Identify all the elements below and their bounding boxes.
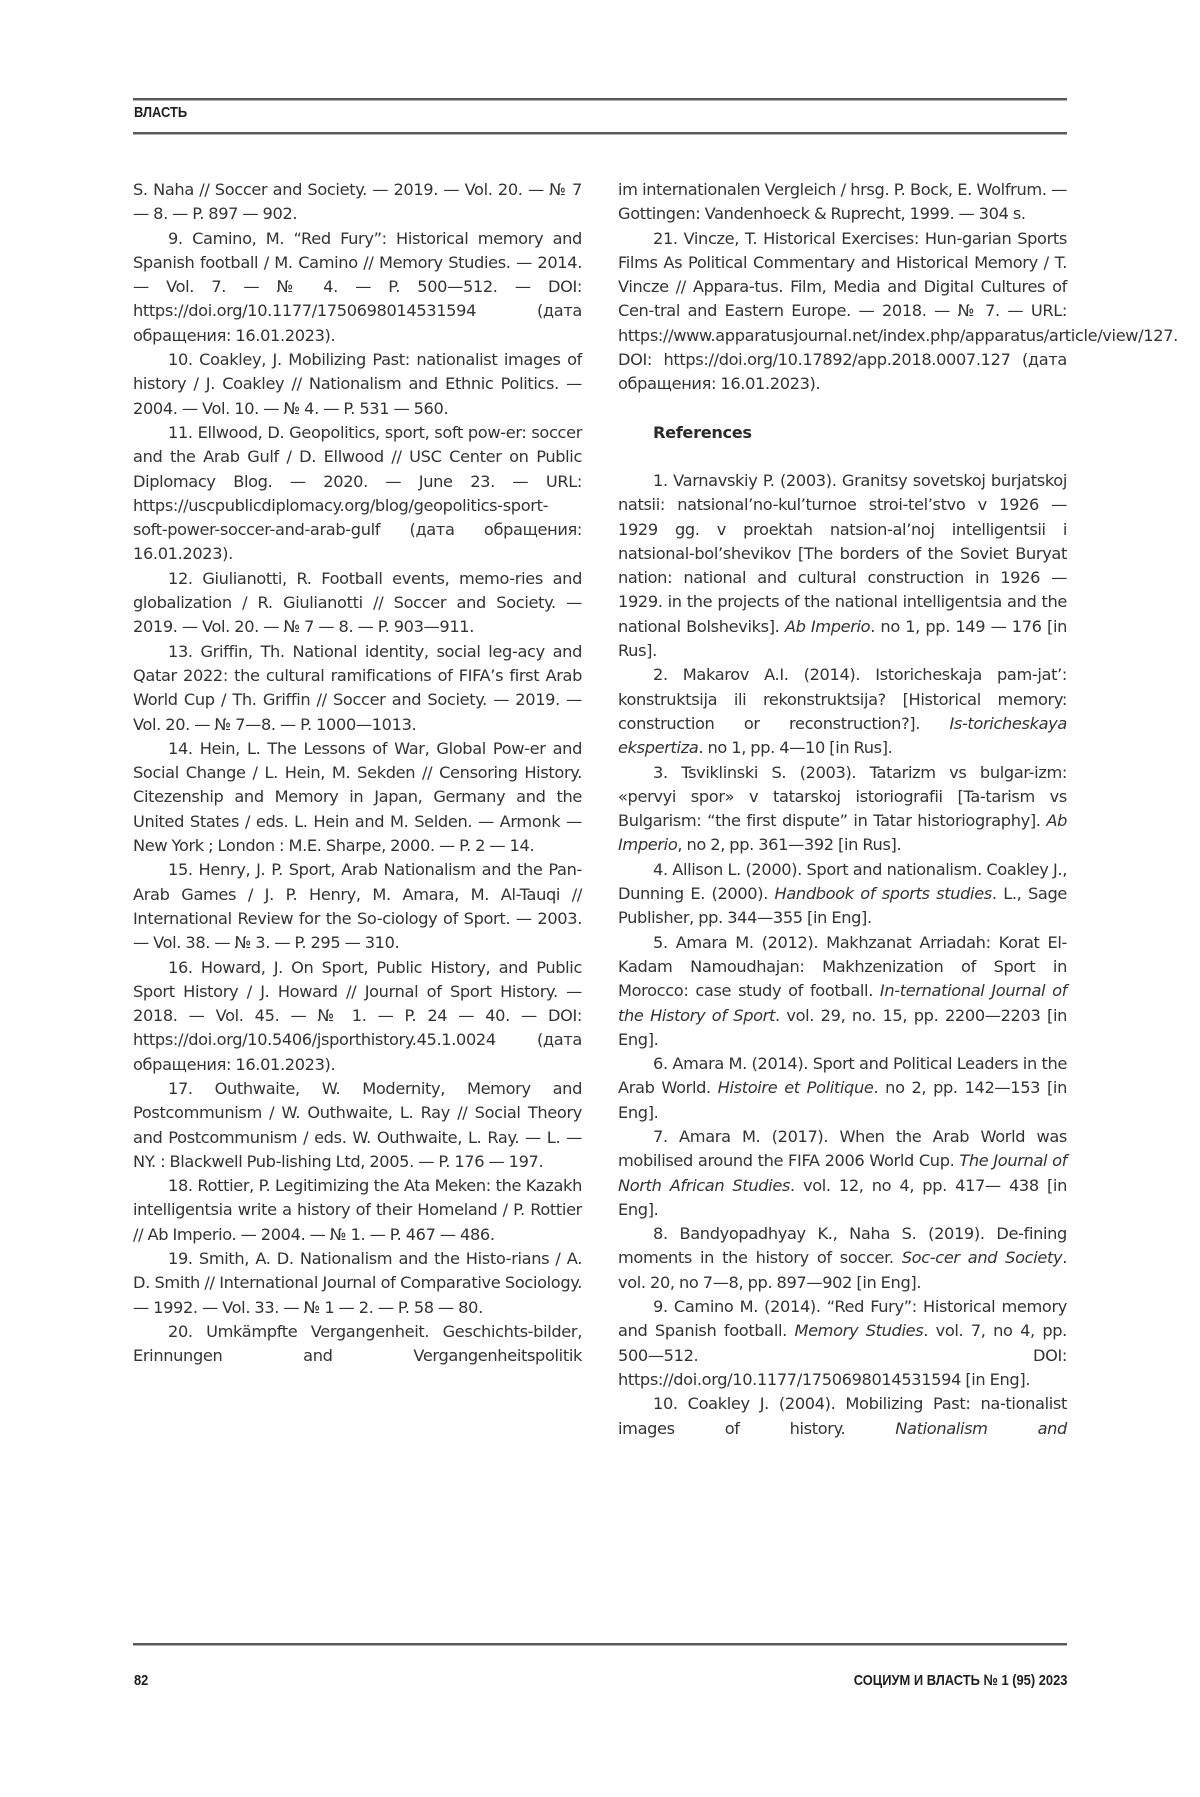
journal-issue: СОЦИУМ И ВЛАСТЬ № 1 (95) 2023 (853, 1672, 1067, 1689)
reference-item: 21. Vincze, T. Historical Exercises: Hun… (618, 227, 1067, 397)
page-number: 82 (134, 1672, 148, 1689)
reference-item: 4. Allison L. (2000). Sport and national… (618, 858, 1067, 931)
reference-item: 10. Coakley J. (2004). Mobilizing Past: … (618, 1392, 1067, 1441)
journal-page: ВЛАСТЬ S. Naha // Soccer and Society. — … (0, 0, 1200, 1797)
reference-item: 17. Outhwaite, W. Modernity, Memory and … (133, 1077, 582, 1174)
running-head: ВЛАСТЬ (134, 104, 187, 121)
reference-item: 2. Makarov A.I. (2014). Istoricheskaja p… (618, 663, 1067, 760)
header-bottom-rule (133, 132, 1067, 135)
reference-item: 19. Smith, A. D. Nationalism and the His… (133, 1247, 582, 1320)
journal-title: Nationalism and (895, 1419, 1067, 1438)
journal-title: Histoire et Politique (718, 1078, 874, 1097)
reference-item: 10. Coakley, J. Mobilizing Past: nationa… (133, 348, 582, 421)
reference-item: 9. Camino M. (2014). “Red Fury”: Histori… (618, 1295, 1067, 1392)
reference-item: 20. Umkämpfte Vergangenheit. Geschichts-… (133, 1320, 582, 1369)
references-heading: References (618, 421, 1067, 445)
reference-item: 14. Hein, L. The Lessons of War, Global … (133, 737, 582, 858)
reference-item: 16. Howard, J. On Sport, Public History,… (133, 956, 582, 1077)
journal-title: Handbook of sports studies (775, 884, 992, 903)
reference-item: 5. Amara M. (2012). Makhzanat Arriadah: … (618, 931, 1067, 1052)
header-top-rule (133, 98, 1067, 101)
reference-item: 7. Amara M. (2017). When the Arab World … (618, 1125, 1067, 1222)
reference-item: 3. Tsviklinski S. (2003). Tatarizm vs bu… (618, 761, 1067, 858)
reference-item: 9. Camino, M. “Red Fury”: Historical mem… (133, 227, 582, 348)
journal-title: Soc-cer and Society (902, 1248, 1062, 1267)
journal-title: Memory Studies (794, 1321, 923, 1340)
reference-item: 1. Varnavskiy P. (2003). Granitsy sovets… (618, 469, 1067, 663)
reference-item: 12. Giulianotti, R. Football events, mem… (133, 567, 582, 640)
footer-rule (133, 1643, 1067, 1646)
reference-item: 11. Ellwood, D. Geopolitics, sport, soft… (133, 421, 582, 567)
reference-continuation: S. Naha // Soccer and Society. — 2019. —… (133, 178, 582, 227)
reference-item: 15. Henry, J. P. Sport, Arab Nationalism… (133, 858, 582, 955)
reference-item: 13. Griffin, Th. National identity, soci… (133, 640, 582, 737)
reference-item: 18. Rottier, P. Legitimizing the Ata Mek… (133, 1174, 582, 1247)
reference-item: 6. Amara M. (2014). Sport and Political … (618, 1052, 1067, 1125)
left-column: S. Naha // Soccer and Society. — 2019. —… (133, 178, 582, 1369)
reference-item: 8. Bandyopadhyay K., Naha S. (2019). De-… (618, 1222, 1067, 1295)
reference-continuation: im internationalen Vergleich / hrsg. P. … (618, 178, 1067, 227)
right-column: im internationalen Vergleich / hrsg. P. … (618, 178, 1067, 1441)
journal-title: Ab Imperio (785, 617, 870, 636)
